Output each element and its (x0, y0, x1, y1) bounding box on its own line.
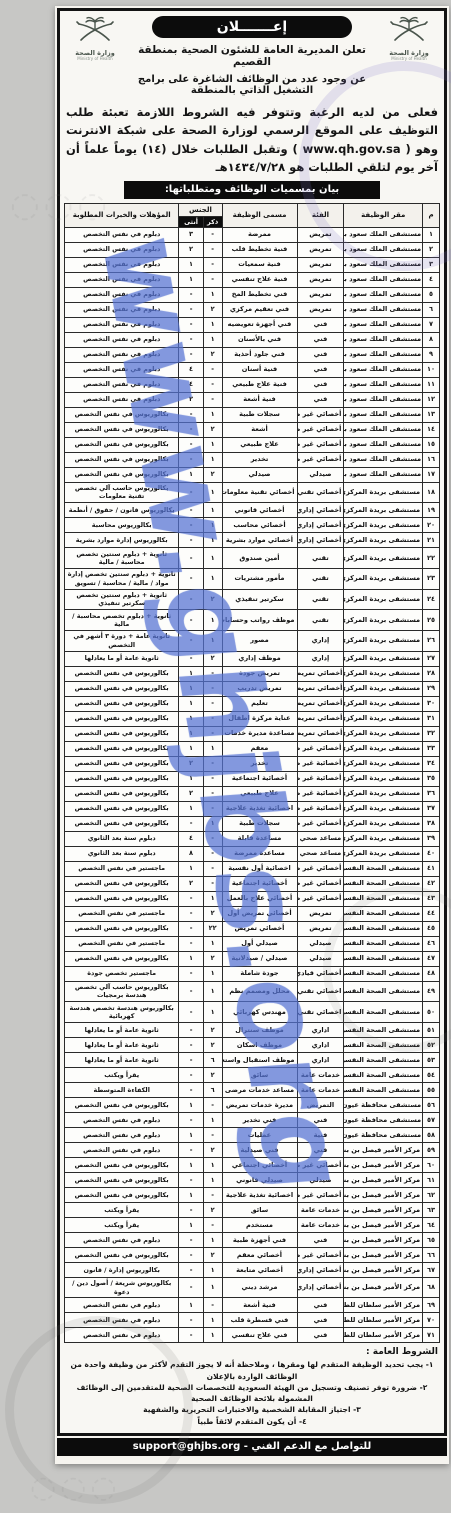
cell-category: فني (297, 1328, 344, 1343)
cell-category: أخصائية غير طبيب (297, 771, 344, 786)
cell-location: مستشفى الملك سعود بعنيزة (344, 392, 423, 407)
cell-male: - (203, 756, 222, 771)
cell-job_title: سائق (222, 1067, 297, 1082)
cell-location: مستشفى الصحة النفسية ببريدة (344, 891, 423, 906)
table-row: ٦مستشفى الملك سعود بعنيزةتمريضفني تعقيم … (65, 302, 440, 317)
cell-female: ١ (179, 272, 203, 287)
cell-male: ١ (203, 816, 222, 831)
cell-num: ١٤ (423, 422, 440, 437)
cell-female: ٤ (179, 831, 203, 846)
cell-num: ٤٦ (423, 936, 440, 951)
table-row: ٧١مركز الأمير سلطان للطب وجراحة القلبفني… (65, 1328, 440, 1343)
cell-num: ٤ (423, 272, 440, 287)
cell-male: - (203, 711, 222, 726)
cell-location: مستشفى الصحة النفسية ببريدة (344, 1067, 423, 1082)
cell-female: - (179, 610, 203, 631)
cell-category: أخصائي تمريض (297, 681, 344, 696)
cell-female: - (179, 452, 203, 467)
cell-qualifications: ثانوية عامة أو ما يعادلها (65, 1037, 179, 1052)
cell-male: ٢ (203, 1037, 222, 1052)
cell-job_title: أخصائي تمريض (222, 921, 297, 936)
cell-job_title: تمريض جودة (222, 666, 297, 681)
cell-category: تمريض (297, 921, 344, 936)
jobs-table: م مقر الوظيفة الفئة مسمى الوظيفة الجنس ا… (64, 203, 440, 1344)
cell-job_title: علاج طبيعي (222, 437, 297, 452)
cell-num: ٥٦ (423, 1097, 440, 1112)
cell-female: - (179, 891, 203, 906)
cell-female: - (179, 1022, 203, 1037)
cell-job_title: فنية أشعة (222, 392, 297, 407)
cell-qualifications: ماجستير في نفس التخصص (65, 906, 179, 921)
table-row: ٦١مركز الأمير فيصل بن بندر للأورامصيدليص… (65, 1172, 440, 1187)
cell-category: تقني (297, 568, 344, 589)
cell-qualifications: ثانوية + دبلوم سنتين تخصص محاسبة / مالية (65, 548, 179, 569)
cell-female: - (179, 1277, 203, 1298)
cell-location: مركز الأمير فيصل بن بندر للأورام (344, 1142, 423, 1157)
table-row: ٤٤مستشفى الصحة النفسية ببريدةتمريضأخصائي… (65, 906, 440, 921)
table-row: ٣٥مستشفى بريدة المركزيأخصائية غير طبيبأخ… (65, 771, 440, 786)
cell-female: - (179, 1247, 203, 1262)
cell-qualifications: بكالوريوس هندسة تخصص هندسة كهربائية (65, 1002, 179, 1023)
cell-category: خدمات عامة (297, 1217, 344, 1232)
cell-location: مركز الأمير فيصل بن بندر للأورام (344, 1172, 423, 1187)
cell-num: ٣٢ (423, 726, 440, 741)
cell-qualifications: دبلوم في نفس التخصص (65, 302, 179, 317)
cell-location: مستشفى الصحة النفسية ببريدة (344, 1052, 423, 1067)
cell-num: ٣٧ (423, 801, 440, 816)
cell-job_title: صيدلي / صيدلانية (222, 951, 297, 966)
cell-female: ١ (179, 741, 203, 756)
cell-female: ٢ (179, 392, 203, 407)
cell-male: ١ (203, 1112, 222, 1127)
cell-female: - (179, 568, 203, 589)
table-row: ٢٤مستشفى بريدة المركزيتقنيسكرتير تنفيذي٢… (65, 589, 440, 610)
table-row: ١مستشفى الملك سعود بعنيزةتمريضممرضة-٣دبل… (65, 227, 440, 242)
cell-num: ١٣ (423, 407, 440, 422)
cell-male: ٢ (203, 1022, 222, 1037)
cell-location: مستشفى بريدة المركزي (344, 741, 423, 756)
table-row: ٦٧مركز الأمير فيصل بن بندر للأورامأخصائي… (65, 1262, 440, 1277)
cell-male: ١ (203, 1277, 222, 1298)
table-row: ٢٢مستشفى بريدة المركزيتقنيأمين صندوق١-ثا… (65, 548, 440, 569)
cell-male: - (203, 876, 222, 891)
cell-category: أخصائي غير طبيب (297, 437, 344, 452)
cell-job_title: فني تعقيم مركزي (222, 302, 297, 317)
scanned-announcement-page: { "watermark": { "text": "www.ghjbs.org"… (0, 0, 451, 1513)
cell-qualifications: دبلوم في نفس التخصص (65, 362, 179, 377)
cell-location: مستشفى بريدة المركزي (344, 630, 423, 651)
cell-job_title: صيدلي أول (222, 936, 297, 951)
cell-qualifications: بكالوريوس في نفس التخصص (65, 891, 179, 906)
cell-female: - (179, 816, 203, 831)
cell-location: مستشفى بريدة المركزي (344, 681, 423, 696)
cell-female: - (179, 921, 203, 936)
cell-male: - (203, 1187, 222, 1202)
cell-job_title: تخدير (222, 756, 297, 771)
cell-qualifications: دبلوم في نفس التخصص (65, 377, 179, 392)
cell-male: - (203, 377, 222, 392)
header-center: إعـــــــلان تعلن المديرية العامة للشئون… (126, 14, 378, 96)
table-row: ٣٢مستشفى بريدة المركزيأخصائي تمريضمساعدة… (65, 726, 440, 741)
table-row: ٣٤مستشفى بريدة المركزيأخصائية غير طبيبتخ… (65, 756, 440, 771)
cell-female: - (179, 1052, 203, 1067)
cell-qualifications: دبلوم سنة بعد الثانوي (65, 846, 179, 861)
cell-location: مستشفى بريدة المركزي (344, 801, 423, 816)
cell-num: ٥٥ (423, 1082, 440, 1097)
cell-qualifications: دبلوم في نفس التخصص (65, 1232, 179, 1247)
cell-qualifications: دبلوم سنة بعد الثانوي (65, 831, 179, 846)
cell-male: - (203, 227, 222, 242)
cell-female: ٤ (179, 362, 203, 377)
cell-job_title: تمريض تدريب (222, 681, 297, 696)
cell-category: فني (297, 362, 344, 377)
cell-female: ٨ (179, 846, 203, 861)
cell-num: ٢٨ (423, 666, 440, 681)
cell-location: مستشفى محافظة عيون الجواء (344, 1097, 423, 1112)
cell-qualifications: بكالوريوس في نفس التخصص (65, 1172, 179, 1187)
cell-male: ٦ (203, 1052, 222, 1067)
cell-female: - (179, 287, 203, 302)
cell-num: ٥٠ (423, 1002, 440, 1023)
cell-female: ١ (179, 711, 203, 726)
cell-qualifications: دبلوم في نفس التخصص (65, 242, 179, 257)
scan-ghost-text: ◌◌◌ (30, 1470, 121, 1505)
cell-female: - (179, 1232, 203, 1247)
cell-location: مستشفى الصحة النفسية ببريدة (344, 876, 423, 891)
cell-male: ١ (203, 1172, 222, 1187)
cell-job_title: فني جلود أحذية (222, 347, 297, 362)
cell-job_title: أخصائي محاسب (222, 518, 297, 533)
cell-num: ٤١ (423, 861, 440, 876)
cell-num: ٧٠ (423, 1313, 440, 1328)
cell-category: خدمات عامة (297, 1082, 344, 1097)
cell-location: مستشفى بريدة المركزي (344, 816, 423, 831)
cell-category: اخصائي تقني (297, 981, 344, 1002)
cell-male: - (203, 681, 222, 696)
cell-num: ٢٦ (423, 630, 440, 651)
cell-male: - (203, 242, 222, 257)
cell-category: تمريض (297, 287, 344, 302)
cell-female: - (179, 981, 203, 1002)
cell-num: ٧ (423, 317, 440, 332)
cell-location: مركز الأمير سلطان للطب وجراحة القلب (344, 1328, 423, 1343)
cell-location: مستشفى بريدة المركزي (344, 846, 423, 861)
cell-female: ١ (179, 1157, 203, 1172)
cell-category: أخصائي غير طبيب (297, 1157, 344, 1172)
col-header-female: أنثى (179, 216, 203, 227)
cell-qualifications: الكفاءة المتوسطة (65, 1082, 179, 1097)
cell-qualifications: بكالوريوس في نفس التخصص (65, 951, 179, 966)
cell-num: ٦٧ (423, 1262, 440, 1277)
cell-job_title: موظف إداري (222, 651, 297, 666)
table-row: ٣٠مستشفى بريدة المركزيأخصائي تمريضتعليم-… (65, 696, 440, 711)
table-row: ٨مستشفى الملك سعود بعنيزةفنيفني بالأسنان… (65, 332, 440, 347)
cell-location: مستشفى الصحة النفسية ببريدة (344, 966, 423, 981)
cell-female: - (179, 936, 203, 951)
col-header-qualifications: المؤهلات والخبرات المطلوبة (65, 203, 179, 227)
cell-category: صيدلي (297, 467, 344, 482)
cell-male: - (203, 392, 222, 407)
cell-num: ٩ (423, 347, 440, 362)
cell-qualifications: بكالوريوس في نفس التخصص (65, 437, 179, 452)
cell-location: مستشفى الملك سعود بعنيزة (344, 347, 423, 362)
cell-job_title: مرشد ديني (222, 1277, 297, 1298)
cell-female: ١ (179, 1217, 203, 1232)
cell-female: - (179, 533, 203, 548)
cell-num: ١٥ (423, 437, 440, 452)
document-frame: وزارة الصحة Ministry of Health إعـــــــ… (57, 8, 447, 1436)
cell-female: - (179, 1067, 203, 1082)
cell-num: ٦٩ (423, 1298, 440, 1313)
cell-job_title: مديرة خدمات تمريض (222, 1097, 297, 1112)
cell-category: أخصائية غير طبيب (297, 786, 344, 801)
cell-female: ٢ (179, 242, 203, 257)
cell-qualifications: بكالوريوس في نفس التخصص (65, 681, 179, 696)
cell-num: ١٧ (423, 467, 440, 482)
cell-qualifications: بكالوريوس في نفس التخصص (65, 407, 179, 422)
cell-job_title: موظف رواتب وحسابات (222, 610, 297, 631)
cell-job_title: عمليات (222, 1127, 297, 1142)
cell-qualifications: بكالوريوس إدارة / قانون (65, 1262, 179, 1277)
cell-num: ٦٤ (423, 1217, 440, 1232)
cell-male: ١ (203, 287, 222, 302)
cell-male: ١ (203, 981, 222, 1002)
table-row: ٥٧مستشفى محافظة عيون الجواءفنيفني تخدير١… (65, 1112, 440, 1127)
cell-male: ٢ (203, 1247, 222, 1262)
cell-qualifications: بكالوريوس إدارة موارد بشرية (65, 533, 179, 548)
cell-job_title: فني تخدير (222, 1112, 297, 1127)
cell-category: أخصائي إداري (297, 1262, 344, 1277)
cell-qualifications: بكالوريوس في نفس التخصص (65, 816, 179, 831)
cell-male: - (203, 786, 222, 801)
cell-male: ١ (203, 452, 222, 467)
cell-job_title: فني بالأسنان (222, 332, 297, 347)
cell-location: مستشفى الملك سعود بعنيزة (344, 467, 423, 482)
cell-qualifications: بكالوريوس في نفس التخصص (65, 921, 179, 936)
cell-qualifications: بكالوريوس شريعة / أصول دين / دعوة (65, 1277, 179, 1298)
cell-qualifications: بكالوريوس في نفس التخصص (65, 786, 179, 801)
cell-category: أخصائي غير طبيب (297, 861, 344, 876)
cell-category: تقني (297, 610, 344, 631)
cell-num: ٣٥ (423, 771, 440, 786)
cell-num: ٤٥ (423, 921, 440, 936)
cell-num: ٤٧ (423, 951, 440, 966)
cell-num: ٦٠ (423, 1157, 440, 1172)
cell-male: ١ (203, 503, 222, 518)
conditions-title: الشروط العامة : (66, 1347, 438, 1357)
cell-qualifications: دبلوم في نفس التخصص (65, 1298, 179, 1313)
table-row: ٦٥مركز الأمير فيصل بن بندر للأورامفنيفني… (65, 1232, 440, 1247)
cell-female: - (179, 548, 203, 569)
cell-category: خدمات عامة (297, 1067, 344, 1082)
cell-location: مستشفى الصحة النفسية ببريدة (344, 936, 423, 951)
cell-category: التمريض (297, 1097, 344, 1112)
cell-male: - (203, 801, 222, 816)
cell-job_title: ممرضة (222, 227, 297, 242)
cell-female: ١ (179, 801, 203, 816)
cell-male: ٢ (203, 1142, 222, 1157)
cell-job_title: فني قسطرة قلب (222, 1313, 297, 1328)
table-row: ٦٢مركز الأمير فيصل بن بندر للأورامأخصائي… (65, 1187, 440, 1202)
cell-job_title: أخصائي علاج بالعمل (222, 891, 297, 906)
cell-num: ٣٩ (423, 831, 440, 846)
cell-category: صيدلي (297, 951, 344, 966)
cell-num: ١٢ (423, 392, 440, 407)
cell-female: - (179, 1262, 203, 1277)
cell-male: ١ (203, 533, 222, 548)
table-row: ١٢مستشفى الملك سعود بعنيزةفنيفنية أشعة-٢… (65, 392, 440, 407)
cell-male: ١ (203, 1232, 222, 1247)
cell-qualifications: دبلوم في نفس التخصص (65, 1313, 179, 1328)
cell-job_title: فنية علاج طبيعي (222, 377, 297, 392)
cell-num: ٦١ (423, 1172, 440, 1187)
logo-subtitle: Ministry of Health (64, 57, 126, 61)
cell-category: أخصائي غير طبيب (297, 407, 344, 422)
cell-category: تمريض (297, 302, 344, 317)
cell-job_title: أخصائية اجتماعية (222, 876, 297, 891)
cell-num: ٧١ (423, 1328, 440, 1343)
cell-category: أخصائي غير طبيب (297, 816, 344, 831)
cell-location: مركز الأمير سلطان للطب وجراحة القلب (344, 1298, 423, 1313)
cell-female: - (179, 503, 203, 518)
cell-female: - (179, 1112, 203, 1127)
cell-female: - (179, 1002, 203, 1023)
cell-location: مستشفى بريدة المركزي (344, 771, 423, 786)
cell-location: مركز الأمير فيصل بن بندر للأورام (344, 1232, 423, 1247)
cell-category: أخصائية غير طبيب (297, 756, 344, 771)
cell-qualifications: دبلوم في نفس التخصص (65, 392, 179, 407)
cell-job_title: موظف استقبال واستعلامات (222, 1052, 297, 1067)
cell-num: ٣٦ (423, 786, 440, 801)
cell-num: ٢٩ (423, 681, 440, 696)
cell-qualifications: ماجستير في نفس التخصص (65, 936, 179, 951)
cell-job_title: فنية سمعيات (222, 257, 297, 272)
cell-num: ١٩ (423, 503, 440, 518)
cell-job_title: أخصائي اجتماعي (222, 1157, 297, 1172)
cell-category: إداري (297, 630, 344, 651)
cell-num: ٣٨ (423, 816, 440, 831)
cell-female: ١ (179, 696, 203, 711)
cell-num: ٦٢ (423, 1187, 440, 1202)
cell-location: مستشفى الصحة النفسية ببريدة (344, 861, 423, 876)
cell-job_title: تخدير (222, 452, 297, 467)
table-row: ٦٣مركز الأمير فيصل بن بندر للأورامخدمات … (65, 1202, 440, 1217)
cell-num: ٣ (423, 257, 440, 272)
cell-job_title: اخصائية تغذية علاجية (222, 1187, 297, 1202)
cell-category: تمريض (297, 242, 344, 257)
cell-category: اداري (297, 1052, 344, 1067)
cell-qualifications: ماجستير في نفس التخصص (65, 861, 179, 876)
cell-location: مركز الأمير فيصل بن بندر للأورام (344, 1157, 423, 1172)
table-row: ٤٦مستشفى الصحة النفسية ببريدةصيدليصيدلي … (65, 936, 440, 951)
table-row: ٢٩مستشفى بريدة المركزيأخصائي تمريضتمريض … (65, 681, 440, 696)
cell-category: أخصائي إداري (297, 1277, 344, 1298)
cell-location: مستشفى الملك سعود بعنيزة (344, 257, 423, 272)
cell-male: ١ (203, 966, 222, 981)
cell-location: مستشفى بريدة المركزي (344, 548, 423, 569)
cell-male: ٢ (203, 651, 222, 666)
cell-category: فني (297, 392, 344, 407)
cell-num: ٢٣ (423, 568, 440, 589)
table-row: ١٠مستشفى الملك سعود بعنيزةفنيفنية أسنان-… (65, 362, 440, 377)
cell-male: ١ (203, 1262, 222, 1277)
cell-female: ١ (179, 1097, 203, 1112)
org-line-2: عن وجود عدد من الوظائف الشاغرة على برامج… (126, 74, 378, 96)
cell-num: ٢٠ (423, 518, 440, 533)
table-row: ٤٠مستشفى بريدة المركزيمساعد صحيمساعدة مم… (65, 846, 440, 861)
cell-location: مستشفى الملك سعود بعنيزة (344, 422, 423, 437)
cell-male: - (203, 726, 222, 741)
announcement-document: www.ghjbs.org (55, 6, 449, 1464)
cell-female: - (179, 906, 203, 921)
cell-female: - (179, 1313, 203, 1328)
cell-job_title: محلل ومصمم نظم (222, 981, 297, 1002)
cell-qualifications: بكالوريوس قانون / حقوق / أنظمة (65, 503, 179, 518)
cell-male: ٢ (203, 467, 222, 482)
cell-male: ١ (203, 518, 222, 533)
cell-num: ٢٢ (423, 548, 440, 569)
cell-female: ١ (179, 467, 203, 482)
table-row: ٤٥مستشفى الصحة النفسية ببريدةتمريضأخصائي… (65, 921, 440, 936)
cell-category: تقني (297, 548, 344, 569)
cell-category: أخصائي إداري (297, 503, 344, 518)
cell-job_title: موظف سنترال (222, 1022, 297, 1037)
cell-job_title: أخصائي موارد بشرية (222, 533, 297, 548)
cell-category: اداري (297, 1037, 344, 1052)
cell-category: صيدلي (297, 1172, 344, 1187)
cell-job_title: فني أجهزة طبية (222, 1232, 297, 1247)
cell-location: مركز الأمير فيصل بن بندر للأورام (344, 1187, 423, 1202)
table-row: ٢٧مستشفى بريدة المركزيإداريموظف إداري٢-ث… (65, 651, 440, 666)
cell-female: - (179, 437, 203, 452)
cell-num: ٦٦ (423, 1247, 440, 1262)
cell-num: ١٦ (423, 452, 440, 467)
cell-job_title: مستخدم (222, 1217, 297, 1232)
cell-qualifications: بكالوريوس في نفس التخصص (65, 711, 179, 726)
cell-male: ١ (203, 317, 222, 332)
cell-qualifications: يقرأ ويكتب (65, 1217, 179, 1232)
cell-job_title: معقم (222, 741, 297, 756)
cell-qualifications: دبلوم في نفس التخصص (65, 272, 179, 287)
cell-category: أخصائي تمريض (297, 666, 344, 681)
cell-job_title: مأمور مشتريات (222, 568, 297, 589)
intro-paragraph: فعلى من لديه الرغبة وتتوفر فيه الشروط ال… (66, 103, 438, 177)
table-row: ٣٨مستشفى بريدة المركزيأخصائي غير طبيبسجل… (65, 816, 440, 831)
cell-female: - (179, 1172, 203, 1187)
cell-male: ٢٢ (203, 921, 222, 936)
cell-category: أخصائي غير طبيب (297, 876, 344, 891)
cell-qualifications: ثانوية عامة + دورة ٣ أشهر في التخصص (65, 630, 179, 651)
support-contact-bar: للتواصل مع الدعم الفني - support@ghjbs.o… (57, 1438, 447, 1456)
cell-qualifications: بكالوريوس في نفس التخصص (65, 452, 179, 467)
cell-female: ١ (179, 1127, 203, 1142)
cell-category: أخصائي غير طبيب (297, 1247, 344, 1262)
cell-qualifications: ثانوية + دبلوم سنتين تخصص إدارة مواد / م… (65, 568, 179, 589)
cell-job_title: صيدلي قانوني (222, 1172, 297, 1187)
cell-category: فني (297, 347, 344, 362)
cell-job_title: مصور (222, 630, 297, 651)
cell-location: مستشفى الملك سعود بعنيزة (344, 362, 423, 377)
cell-female: ١ (179, 1187, 203, 1202)
col-header-category: الفئة (297, 203, 344, 227)
cell-category: صيدلي (297, 936, 344, 951)
cell-male: - (203, 1097, 222, 1112)
cell-male: ١ (203, 407, 222, 422)
cell-num: ٢ (423, 242, 440, 257)
cell-category: أخصائي غير طبيب (297, 1187, 344, 1202)
table-row: ٥٣مستشفى الصحة النفسية ببريدةاداريموظف ا… (65, 1052, 440, 1067)
cell-job_title: سكرتير تنفيذي (222, 589, 297, 610)
